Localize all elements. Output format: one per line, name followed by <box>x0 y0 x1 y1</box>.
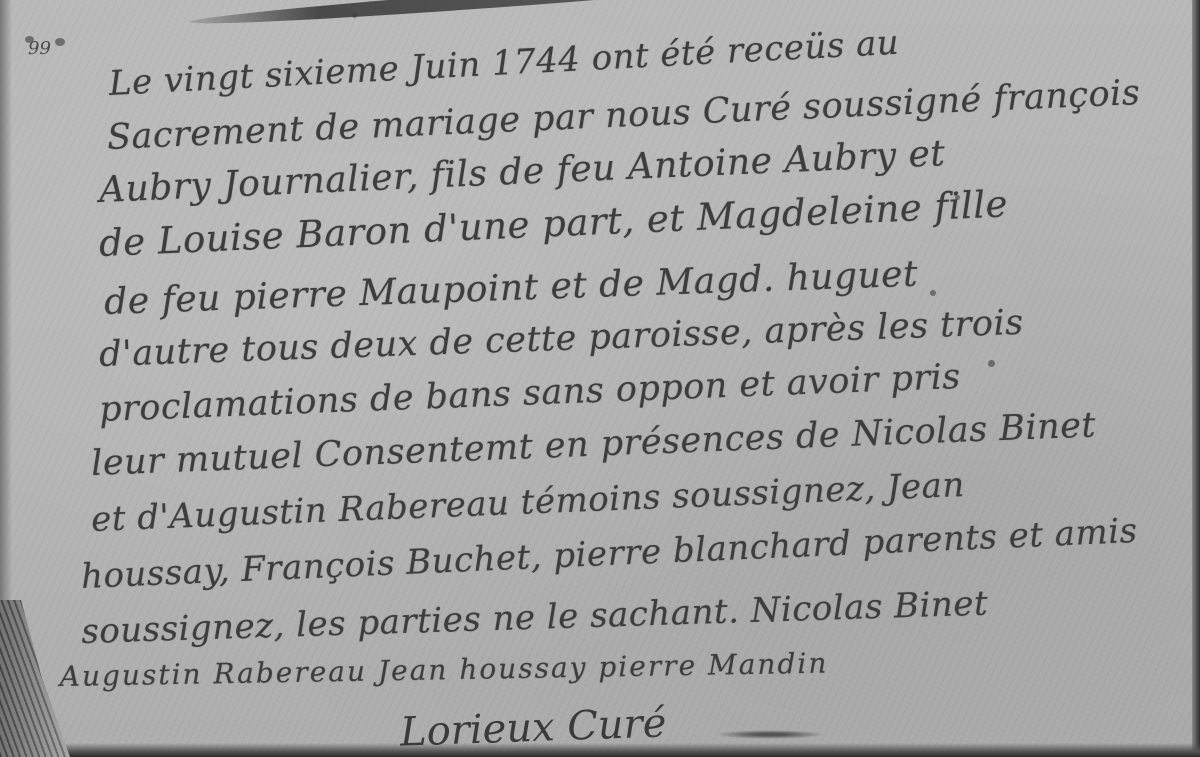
ink-blot <box>988 360 995 367</box>
ink-smear <box>715 730 825 739</box>
margin-number: 99 <box>28 38 51 59</box>
ink-blot <box>930 290 936 296</box>
ink-blot <box>55 38 65 46</box>
register-page: 99 Le vingt sixieme Juin 1744 ont été re… <box>0 0 1200 757</box>
binding-shadow <box>0 0 12 620</box>
pen-flourish <box>189 0 828 30</box>
page-right-edge <box>1192 0 1200 757</box>
witness-signatures: Augustin Rabereau Jean houssay pierre Ma… <box>59 647 828 693</box>
ink-blot <box>352 13 357 18</box>
cure-signature: Lorieux Curé <box>399 700 667 755</box>
entry-line-11: soussignez, les parties ne le sachant. N… <box>81 584 989 652</box>
